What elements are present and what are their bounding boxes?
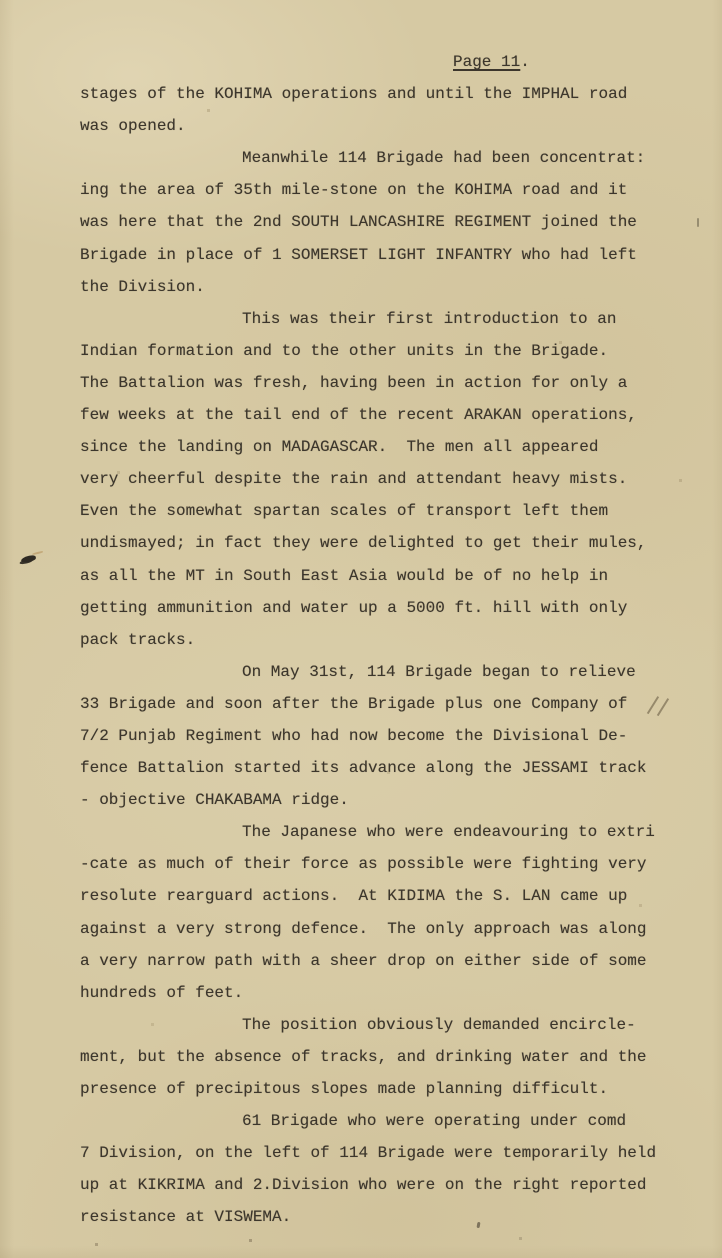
ink-blot-mark <box>21 555 37 564</box>
text-line: -cate as much of their force as possible… <box>80 848 680 880</box>
text-line: The position obviously demanded encircle… <box>80 1009 680 1041</box>
text-line: This was their first introduction to an <box>80 303 680 335</box>
text-line: fence Battalion started its advance alon… <box>80 752 680 784</box>
text-line: a very narrow path with a sheer drop on … <box>80 945 680 977</box>
page-number: Page 11. <box>80 46 680 78</box>
text-line: The Battalion was fresh, having been in … <box>80 367 680 399</box>
text-line: Brigade in place of 1 SOMERSET LIGHT INF… <box>80 239 680 271</box>
text-line: The Japanese who were endeavouring to ex… <box>80 816 680 848</box>
text-line: resolute rearguard actions. At KIDIMA th… <box>80 880 680 912</box>
text-line: since the landing on MADAGASCAR. The men… <box>80 431 680 463</box>
text-line: against a very strong defence. The only … <box>80 913 680 945</box>
text-line: was here that the 2nd SOUTH LANCASHIRE R… <box>80 206 680 238</box>
paper-speckles <box>0 0 1 1</box>
text-line: On May 31st, 114 Brigade began to reliev… <box>80 656 680 688</box>
text-line: few weeks at the tail end of the recent … <box>80 399 680 431</box>
text-line: pack tracks. <box>80 624 680 656</box>
text-line: - objective CHAKABAMA ridge. <box>80 784 680 816</box>
document-page: Page 11. stages of the KOHIMA operations… <box>0 0 722 1258</box>
text-line: Indian formation and to the other units … <box>80 335 680 367</box>
text-line: stages of the KOHIMA operations and unti… <box>80 78 680 110</box>
text-line: was opened. <box>80 110 680 142</box>
text-line: getting ammunition and water up a 5000 f… <box>80 592 680 624</box>
text-line: 61 Brigade who were operating under comd <box>80 1105 680 1137</box>
text-line: as all the MT in South East Asia would b… <box>80 560 680 592</box>
text-line: undismayed; in fact they were delighted … <box>80 527 680 559</box>
page-number-period: . <box>520 53 530 71</box>
text-line: ment, but the absence of tracks, and dri… <box>80 1041 680 1073</box>
pencil-tick-mark <box>648 694 670 718</box>
text-line: the Division. <box>80 271 680 303</box>
edge-stray-mark <box>697 218 699 227</box>
text-line: presence of precipitous slopes made plan… <box>80 1073 680 1105</box>
page-number-label: Page 11 <box>453 53 520 71</box>
text-line: resistance at VISWEMA. <box>80 1201 680 1233</box>
text-line: 33 Brigade and soon after the Brigade pl… <box>80 688 680 720</box>
text-line: very cheerful despite the rain and atten… <box>80 463 680 495</box>
text-line: 7 Division, on the left of 114 Brigade w… <box>80 1137 680 1169</box>
text-line: 7/2 Punjab Regiment who had now become t… <box>80 720 680 752</box>
text-line: up at KIKRIMA and 2.Division who were on… <box>80 1169 680 1201</box>
text-line: ing the area of 35th mile-stone on the K… <box>80 174 680 206</box>
typewritten-text-block: Page 11. stages of the KOHIMA operations… <box>80 46 680 1233</box>
text-line: Even the somewhat spartan scales of tran… <box>80 495 680 527</box>
text-line: hundreds of feet. <box>80 977 680 1009</box>
text-line: Meanwhile 114 Brigade had been concentra… <box>80 142 680 174</box>
